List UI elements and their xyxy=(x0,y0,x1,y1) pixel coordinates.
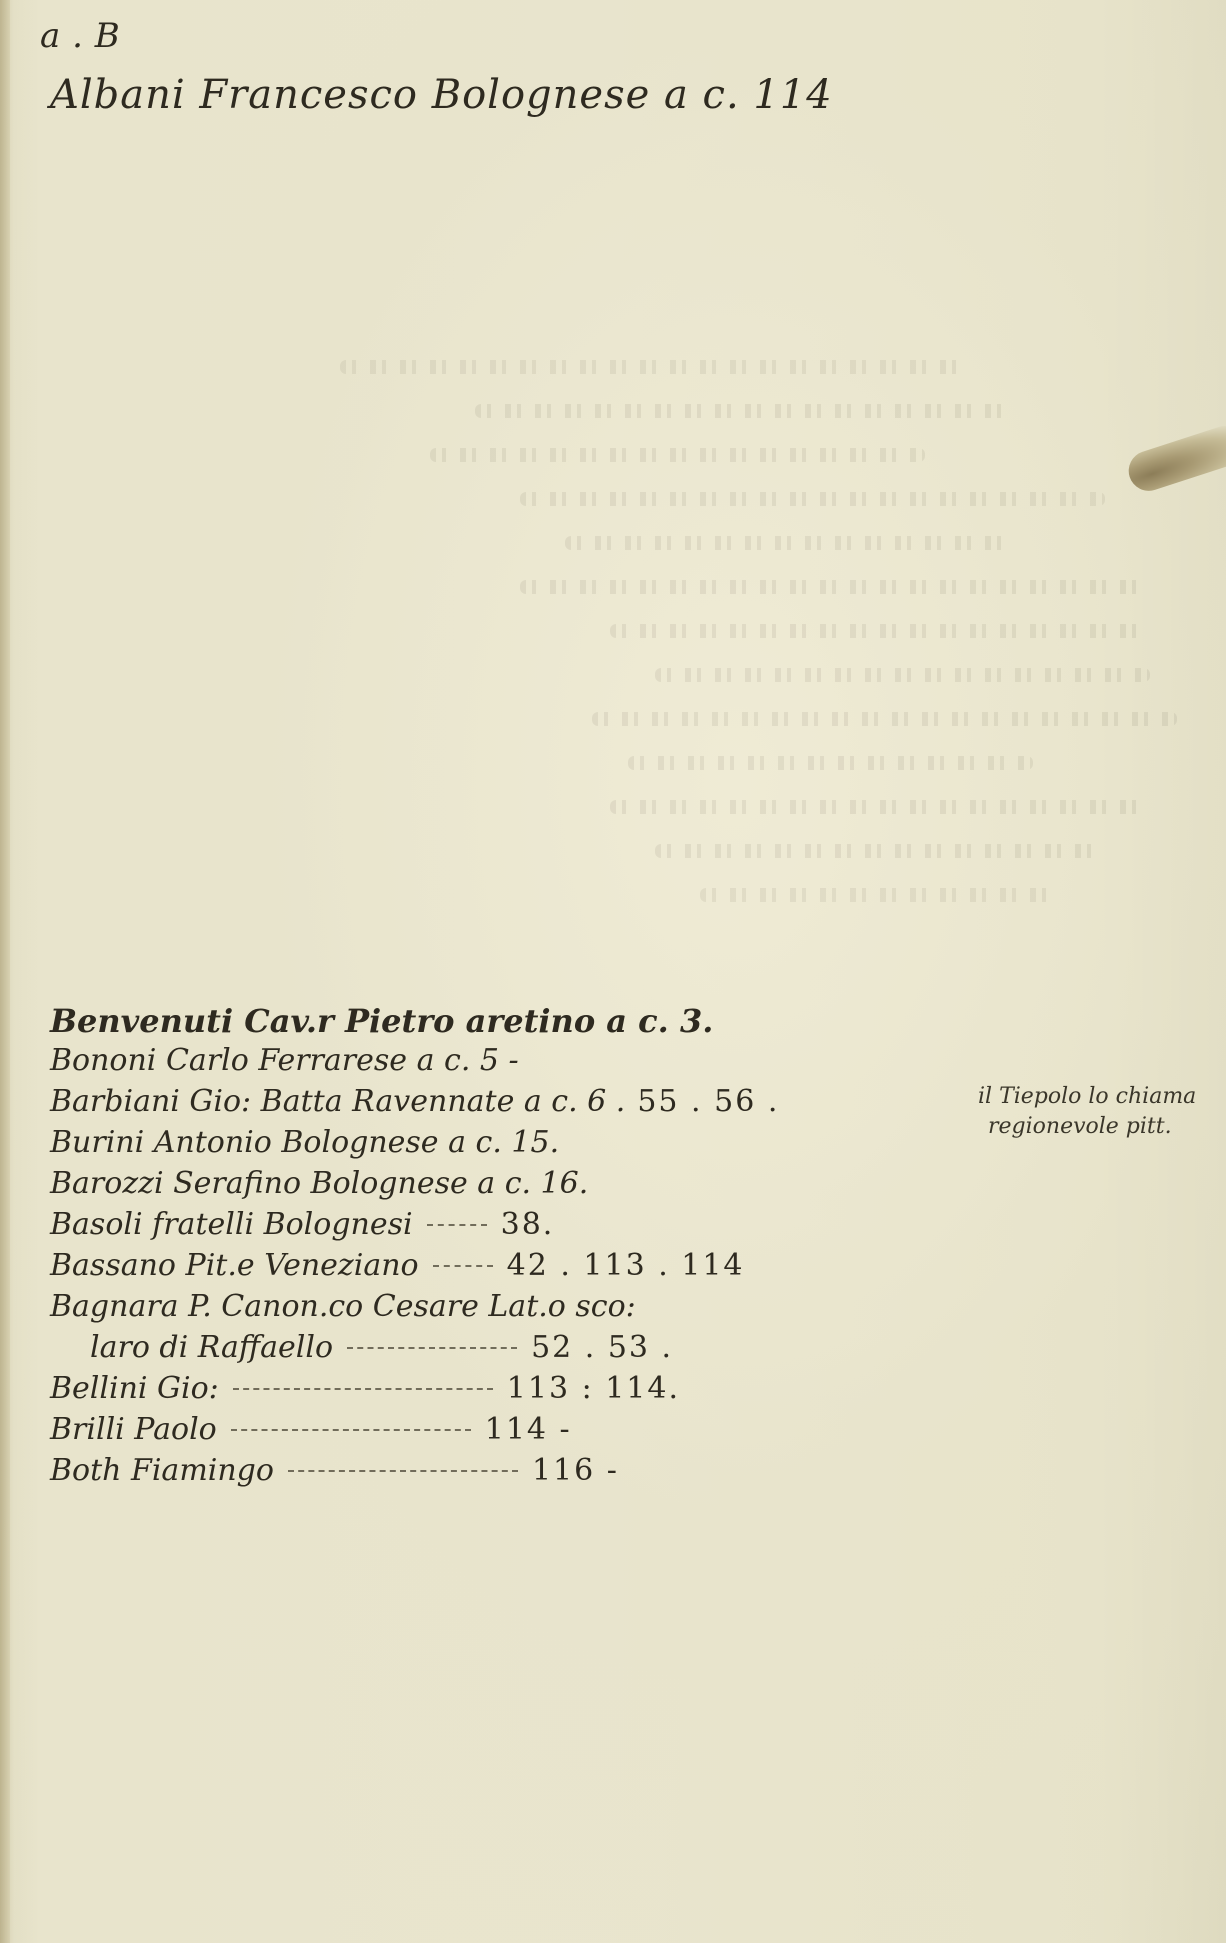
entry-pages: 55 . 56 . xyxy=(637,1084,779,1119)
page-binding-edge xyxy=(0,0,10,1943)
index-entry: Barozzi Serafino Bolognese a c. 16. xyxy=(50,1166,950,1207)
entry-name: laro di Raffaello xyxy=(90,1330,333,1365)
dotted-leader xyxy=(233,1388,493,1390)
entry-pages: 114 - xyxy=(485,1412,572,1447)
index-entry: Bellini Gio: 113 : 114. xyxy=(50,1371,950,1412)
index-entry: Barbiani Gio: Batta Ravennate a c. 6 . 5… xyxy=(50,1084,950,1125)
entry-pages: 116 - xyxy=(532,1453,619,1488)
index-letters-heading: a . B xyxy=(40,16,120,56)
index-entry: Burini Antonio Bolognese a c. 15. xyxy=(50,1125,950,1166)
entry-pages: 42 . 113 . 114 xyxy=(507,1248,745,1283)
marginal-note-line: il Tiepolo lo chiama xyxy=(978,1082,1196,1112)
dotted-leader xyxy=(433,1265,493,1267)
manuscript-page: a . B Albani Francesco Bolognese a c. 11… xyxy=(0,0,1226,1943)
bleed-through-text xyxy=(250,330,1150,1050)
dotted-leader xyxy=(427,1224,487,1226)
entry-name: Both Fiamingo xyxy=(50,1453,274,1488)
index-entry: Bononi Carlo Ferrarese a c. 5 - xyxy=(50,1043,950,1084)
entry-name: Bononi Carlo Ferrarese a c. 5 - xyxy=(50,1043,519,1078)
index-entry: Bagnara P. Canon.co Cesare Lat.o sco: xyxy=(50,1289,950,1330)
entry-name: Bellini Gio: xyxy=(50,1371,219,1406)
entry-pages: 38. xyxy=(501,1207,555,1242)
entry-name: Brilli Paolo xyxy=(50,1412,217,1447)
entry-pages: 52 . 53 . xyxy=(531,1330,673,1365)
painters-index-list: Benvenuti Cav.r Pietro aretino a c. 3. B… xyxy=(50,1002,950,1494)
entry-name: Bassano Pit.e Veneziano xyxy=(50,1248,419,1283)
index-entry: Bassano Pit.e Veneziano 42 . 113 . 114 xyxy=(50,1248,950,1289)
entry-name: Basoli fratelli Bolognesi xyxy=(50,1207,413,1242)
entry-name: Barbiani Gio: Batta Ravennate a c. 6 . xyxy=(50,1084,625,1119)
entry-name: Barozzi Serafino Bolognese a c. 16. xyxy=(50,1166,588,1201)
dotted-leader xyxy=(288,1470,518,1472)
entry-pages: 113 : 114. xyxy=(507,1371,680,1406)
entry-name: Burini Antonio Bolognese a c. 15. xyxy=(50,1125,559,1160)
index-entry-albani: Albani Francesco Bolognese a c. 114 xyxy=(50,72,833,118)
dotted-leader xyxy=(347,1347,517,1349)
marginal-note: il Tiepolo lo chiama regionevole pitt. xyxy=(978,1082,1196,1142)
marginal-note-line: regionevole pitt. xyxy=(978,1112,1196,1142)
index-entry: Benvenuti Cav.r Pietro aretino a c. 3. xyxy=(50,1002,950,1043)
index-entry: laro di Raffaello 52 . 53 . xyxy=(50,1330,950,1371)
entry-name: Benvenuti Cav.r Pietro aretino a c. 3. xyxy=(50,1002,713,1040)
index-entry: Basoli fratelli Bolognesi 38. xyxy=(50,1207,950,1248)
dotted-leader xyxy=(231,1429,471,1431)
index-entry: Both Fiamingo 116 - xyxy=(50,1453,950,1494)
entry-name: Bagnara P. Canon.co Cesare Lat.o sco: xyxy=(50,1289,636,1324)
index-entry: Brilli Paolo 114 - xyxy=(50,1412,950,1453)
